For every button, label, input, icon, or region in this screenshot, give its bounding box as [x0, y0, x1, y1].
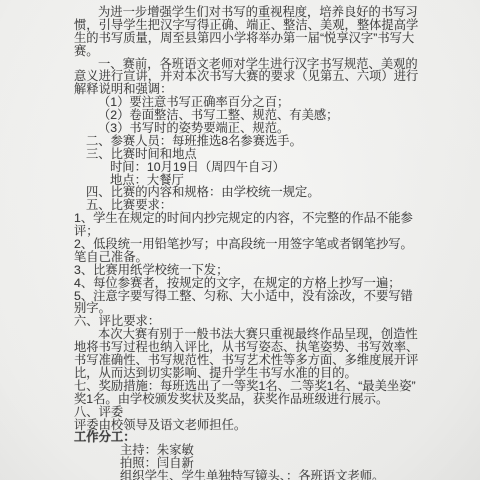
document-photo: 为进一步增强学生们对书写的重视程度，培养良好的书写习 惯，引导学生把汉字写得正确…: [74, 6, 424, 480]
doc-line: 为进一步增强学生们对书写的重视程度，培养良好的书写习: [98, 6, 424, 19]
doc-line-item-2: 2、低段统一用铅笔抄写；中高段统一用签字笔或者钢笔抄写。: [74, 238, 424, 251]
doc-line: 奖1名。由学校颁发奖状及奖品，获奖作品班级进行展示。: [74, 393, 424, 406]
doc-line-rule-3: （3）书写时的姿势要端正、规范。: [98, 122, 424, 135]
doc-line-organizers: 组织学生、学生单独特写镜头、：各班语文老师。: [120, 470, 424, 480]
doc-line: 惯，引导学生把汉字写得正确、端正、整洁、美观，整体提高学: [74, 19, 424, 32]
doc-line-time: 时间：10月19日（周四午自习）: [110, 161, 424, 174]
doc-line-section-8: 八、评委: [74, 406, 424, 419]
doc-line-section-3: 三、比赛时间和地点: [86, 148, 424, 161]
doc-line-item-4: 4、每位参赛者，按规定的文字，在规定的方格上抄写一遍；: [74, 277, 424, 290]
doc-line: 赛。: [74, 45, 424, 58]
doc-line-item-3: 3、比赛用纸学校统一下发；: [74, 264, 424, 277]
doc-line-section-2: 二、参赛人员：每班推选8名参赛选手。: [86, 135, 424, 148]
doc-line: 书写准确性、书写规范性、书写艺术性等多方面、多维度展开评: [74, 354, 424, 367]
doc-line-item-1: 1、学生在规定的时间内抄完规定的内容，不完整的作品不能参: [74, 212, 424, 225]
doc-line: 笔自己准备。: [74, 251, 424, 264]
doc-line-section-7: 七、奖励措施：每班选出了一等奖1名、二等奖1名、“最美坐姿”: [74, 380, 424, 393]
doc-line: 生的书写质量，周至县第四小学将举办第一届“悦享汉字”书写大: [74, 32, 424, 45]
doc-line-item-5: 5、注意字要写得工整、匀称、大小适中，没有涂改，不要写错: [74, 290, 424, 303]
doc-line: 比，从而达到切实影响、提升学生书写水准的目的。: [74, 367, 424, 380]
